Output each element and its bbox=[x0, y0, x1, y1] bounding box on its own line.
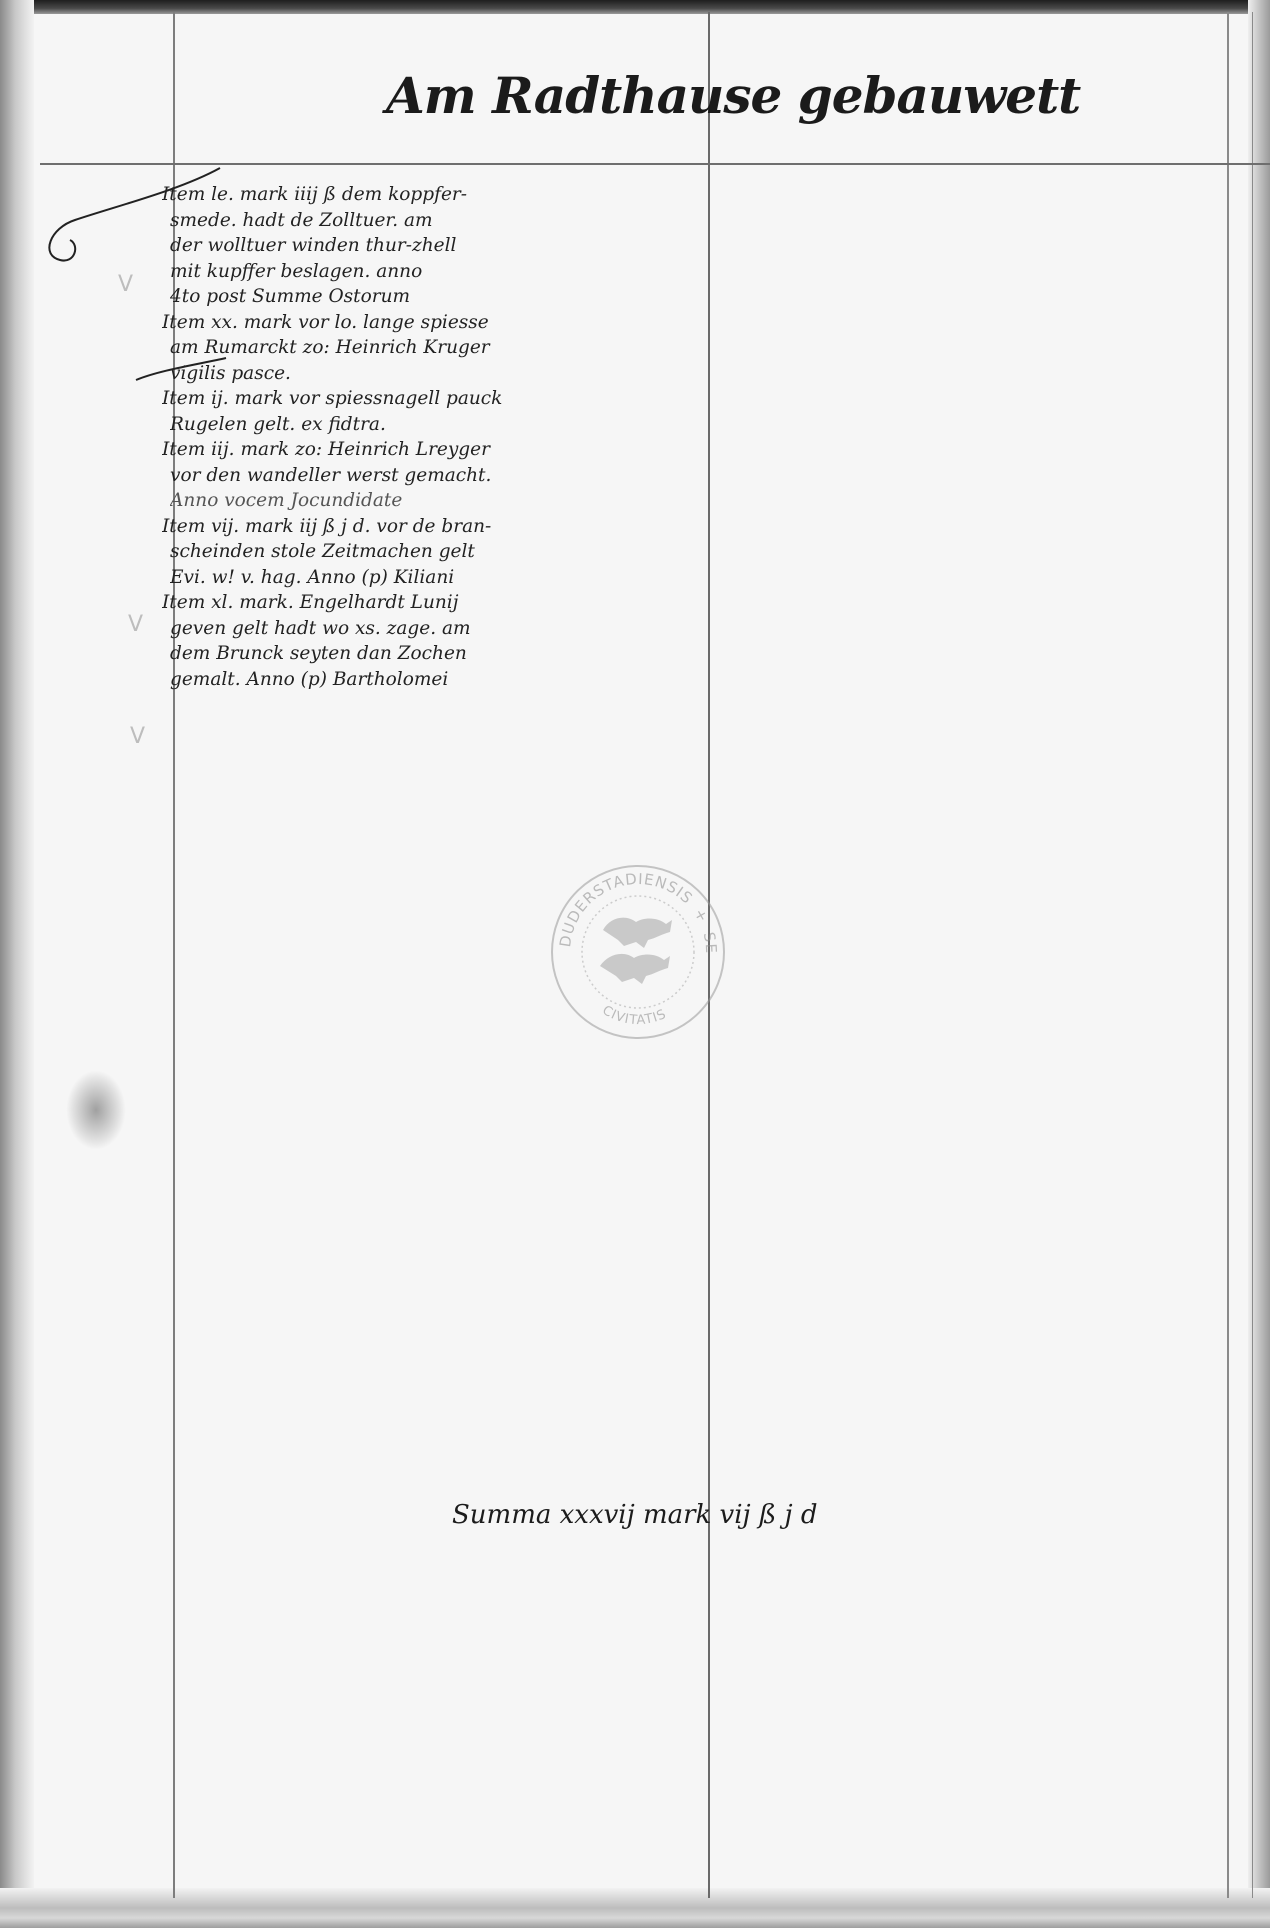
entry-line: gemalt. Anno (p) Bartholomei bbox=[170, 667, 735, 693]
right-margin-rule bbox=[1227, 12, 1229, 1898]
manuscript-page: Am Radthause gebauwett V V V Item le. ma… bbox=[0, 0, 1270, 1928]
entry-line: Item xx. mark vor lo. lange spiesse bbox=[162, 310, 735, 336]
page-bottom-edge bbox=[0, 1888, 1270, 1928]
entry-line: Evi. w! v. hag. Anno (p) Kiliani bbox=[170, 565, 735, 591]
entry-line: 4to post Summe Ostorum bbox=[170, 284, 735, 310]
seal-lions-emblem bbox=[600, 918, 672, 984]
entry-line: der wolltuer winden thur-zhell bbox=[170, 233, 735, 259]
ledger-entry: Item le. mark iiij ß dem koppfer- smede.… bbox=[170, 182, 735, 310]
svg-text:CIVITATIS: CIVITATIS bbox=[599, 1003, 669, 1028]
seal-inscription-bottom: CIVITATIS bbox=[599, 1003, 669, 1028]
margin-check-mark: V bbox=[118, 272, 133, 297]
ledger-entry: Item vij. mark iij ß j d. vor de bran- s… bbox=[170, 514, 735, 591]
entry-line: Anno vocem Jocundidate bbox=[170, 488, 735, 514]
entry-line: dem Brunck seyten dan Zochen bbox=[170, 641, 735, 667]
outer-right-rule bbox=[1252, 12, 1253, 1898]
ledger-entry: Item xl. mark. Engelhardt Lunij geven ge… bbox=[170, 590, 735, 692]
page-top-edge bbox=[0, 0, 1270, 14]
margin-check-mark: V bbox=[130, 724, 145, 749]
entry-line: Item iij. mark zo: Heinrich Lreyger bbox=[162, 437, 735, 463]
ink-stain bbox=[66, 1070, 126, 1150]
ledger-entries: Item le. mark iiij ß dem koppfer- smede.… bbox=[170, 182, 735, 692]
entry-line: Item ij. mark vor spiessnagell pauck bbox=[162, 386, 735, 412]
entry-line: am Rumarckt zo: Heinrich Kruger bbox=[170, 335, 735, 361]
ledger-entry: Item iij. mark zo: Heinrich Lreyger vor … bbox=[170, 437, 735, 514]
ledger-entry: Item ij. mark vor spiessnagell pauck Rug… bbox=[170, 386, 735, 437]
entry-line: geven gelt hadt wo xs. zage. am bbox=[170, 616, 735, 642]
entry-line: Item vij. mark iij ß j d. vor de bran- bbox=[162, 514, 735, 540]
archive-seal-stamp: DUDERSTADIENSIS + SECRETUM CIVITATIS bbox=[548, 862, 728, 1042]
entry-line: vigilis pasce. bbox=[170, 361, 735, 387]
entry-line: Rugelen gelt. ex fidtra. bbox=[170, 412, 735, 438]
entry-line: Item le. mark iiij ß dem koppfer- bbox=[162, 182, 735, 208]
margin-check-mark: V bbox=[128, 612, 143, 637]
ledger-entry: Item xx. mark vor lo. lange spiesse am R… bbox=[170, 310, 735, 387]
entry-line: scheinden stole Zeitmachen gelt bbox=[170, 539, 735, 565]
page-title: Am Radthause gebauwett bbox=[386, 66, 986, 125]
entry-line: vor den wandeller werst gemacht. bbox=[170, 463, 735, 489]
entry-line: mit kupffer beslagen. anno bbox=[170, 259, 735, 285]
entry-line: smede. hadt de Zolltuer. am bbox=[170, 208, 735, 234]
page-binding-edge bbox=[0, 0, 34, 1928]
summa-total: Summa xxxvij mark vij ß j d bbox=[452, 1500, 1012, 1530]
entry-line: Item xl. mark. Engelhardt Lunij bbox=[162, 590, 735, 616]
